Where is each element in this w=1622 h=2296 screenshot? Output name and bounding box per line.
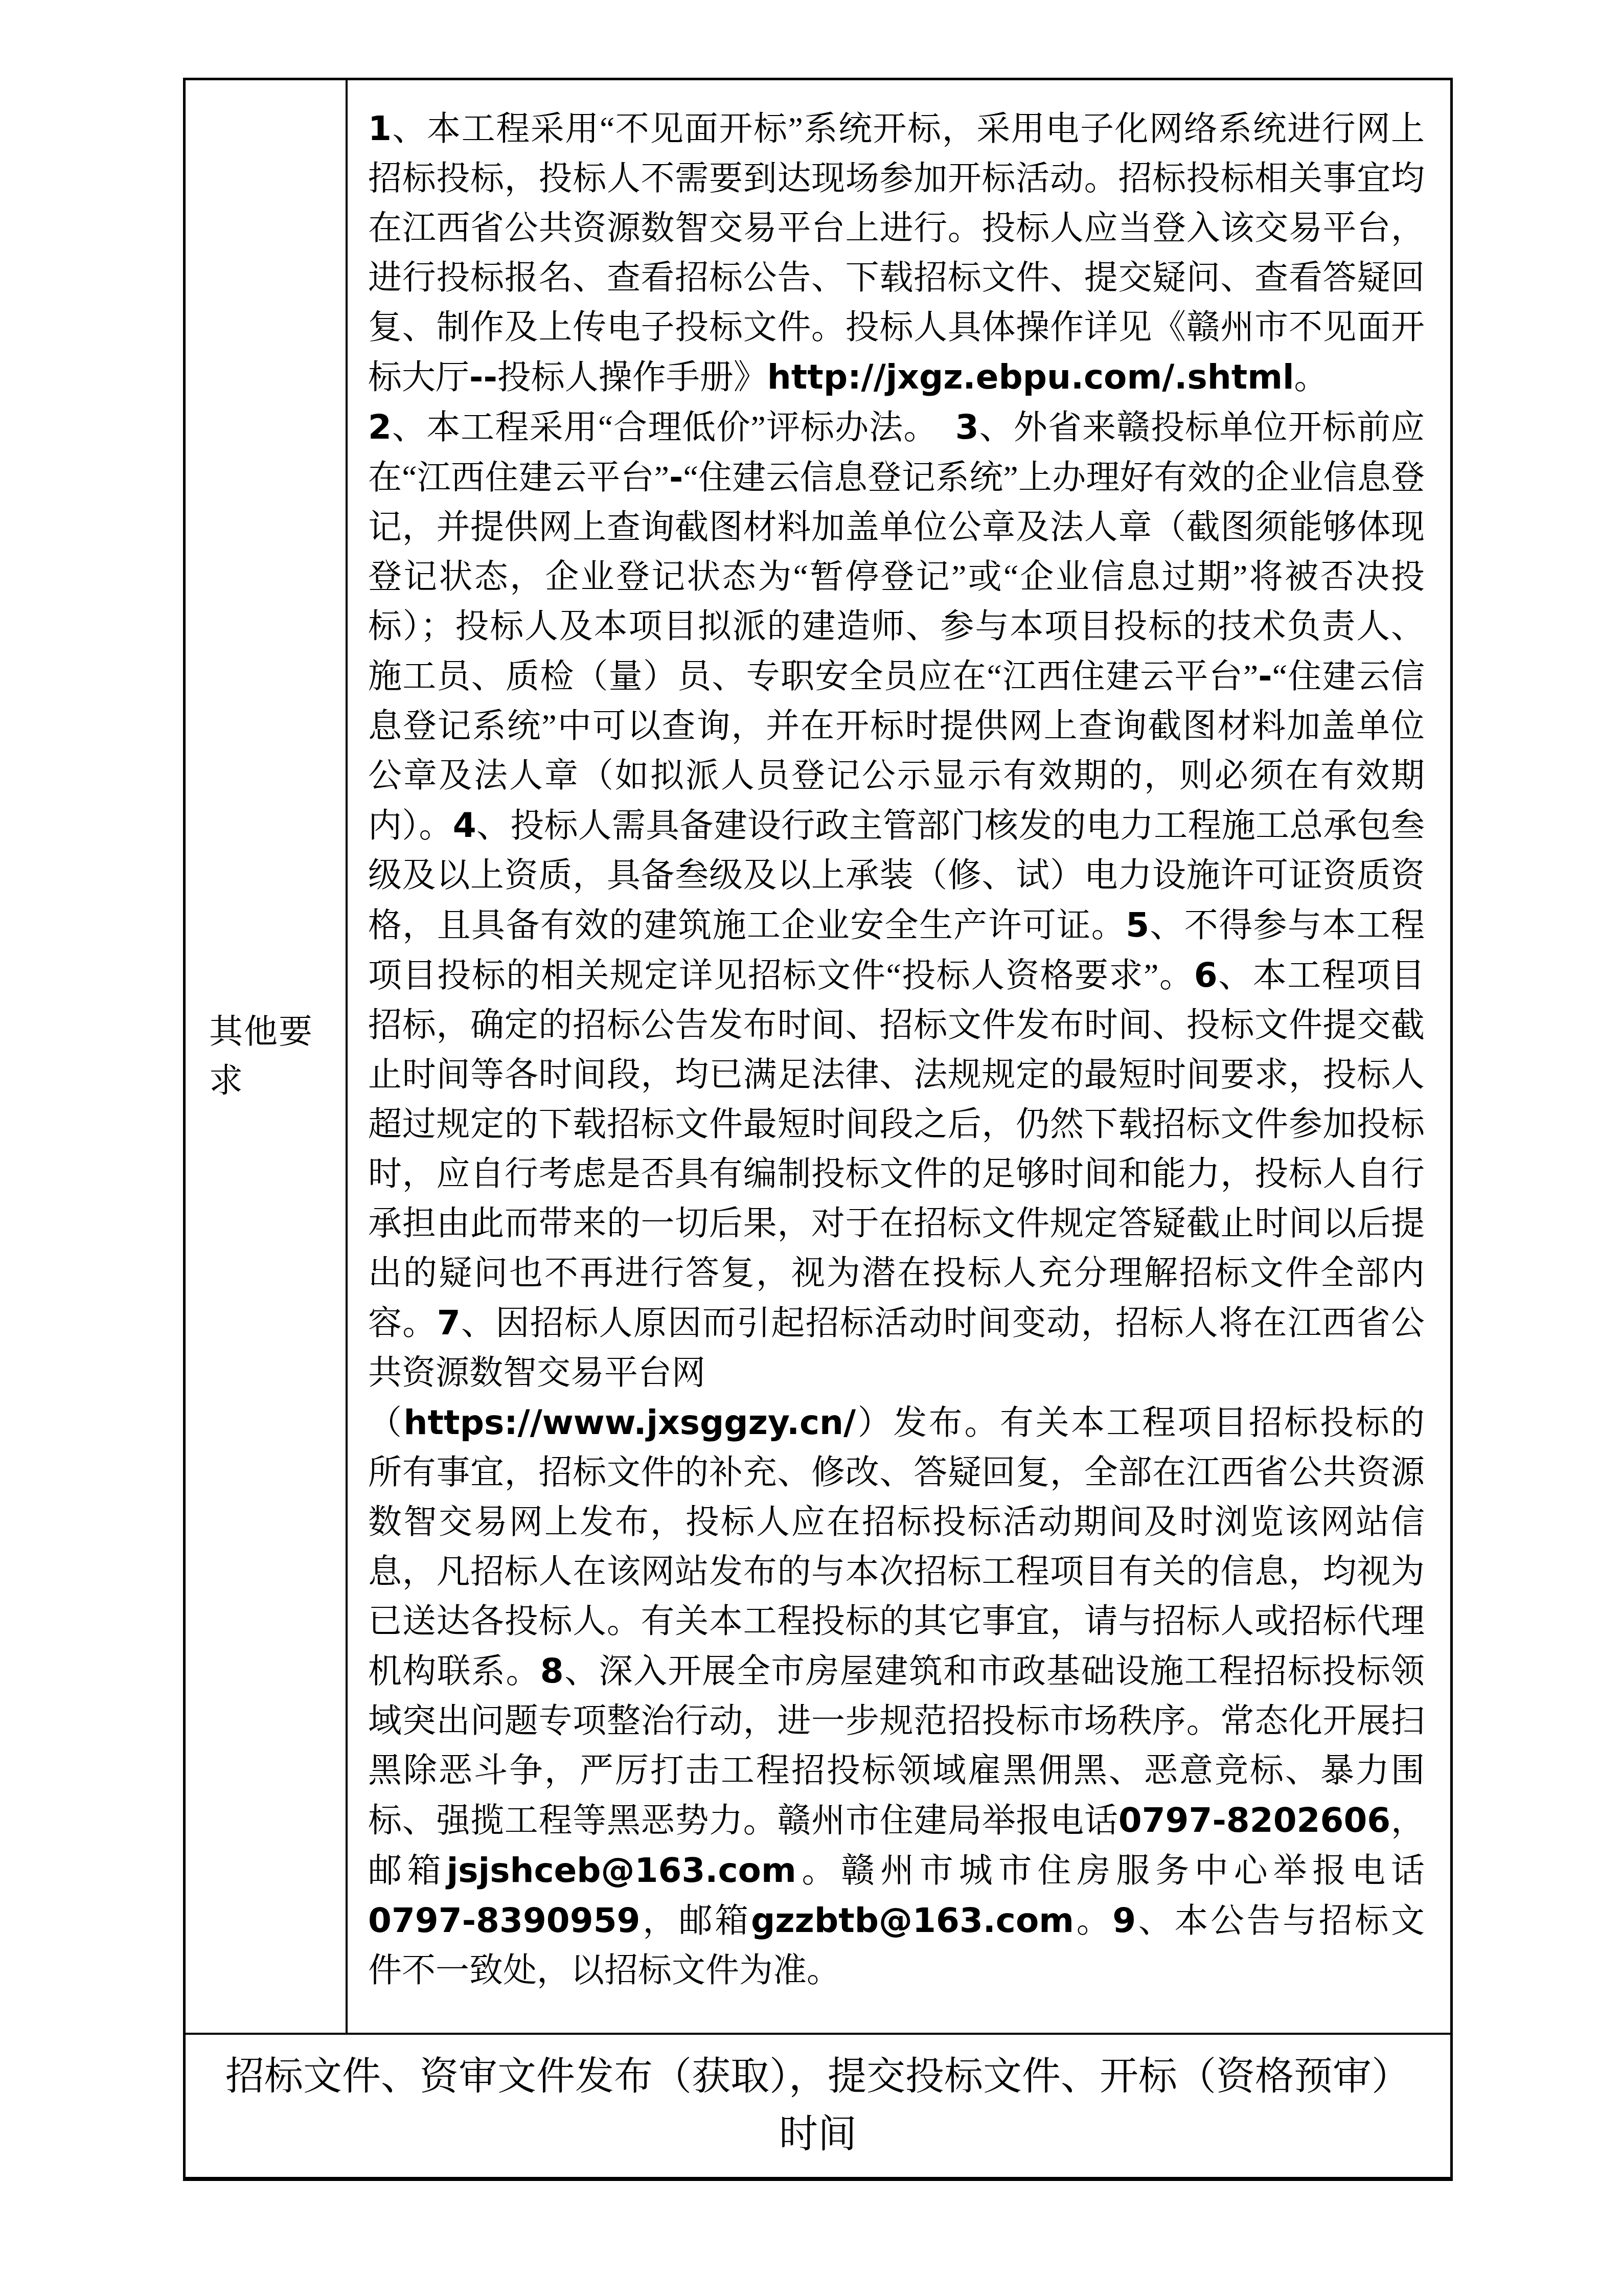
document-page: 其他要求 1、本工程采用“不见面开标”系统开标，采用电子化网络系统进行网上招标投… (0, 0, 1622, 2296)
documents-time-line-1: 招标文件、资审文件发布（获取），提交投标文件、开标（资格预审） (186, 2048, 1450, 2106)
requirements-paragraph-3: （https://www.jxsggzy.cn/）发布。有关本工程项目招标投标的… (368, 1398, 1425, 1995)
tender-notice-table: 其他要求 1、本工程采用“不见面开标”系统开标，采用电子化网络系统进行网上招标投… (183, 78, 1453, 2181)
other-requirements-cell: 1、本工程采用“不见面开标”系统开标，采用电子化网络系统进行网上招标投标，投标人… (348, 80, 1450, 2033)
row-header-other-requirements: 其他要求 (186, 80, 348, 2033)
documents-time-line-2: 时间 (186, 2106, 1450, 2164)
requirements-paragraph-1: 1、本工程采用“不见面开标”系统开标，采用电子化网络系统进行网上招标投标，投标人… (368, 104, 1425, 402)
requirements-paragraph-2: 2、本工程采用“合理低价”评标办法。 3、外省来赣投标单位开标前应在“江西住建云… (368, 402, 1425, 1398)
row-header-label: 其他要求 (186, 1008, 318, 1106)
documents-time-row: 招标文件、资审文件发布（获取），提交投标文件、开标（资格预审） 时间 (186, 2035, 1450, 2175)
other-requirements-row: 其他要求 1、本工程采用“不见面开标”系统开标，采用电子化网络系统进行网上招标投… (186, 80, 1450, 2035)
